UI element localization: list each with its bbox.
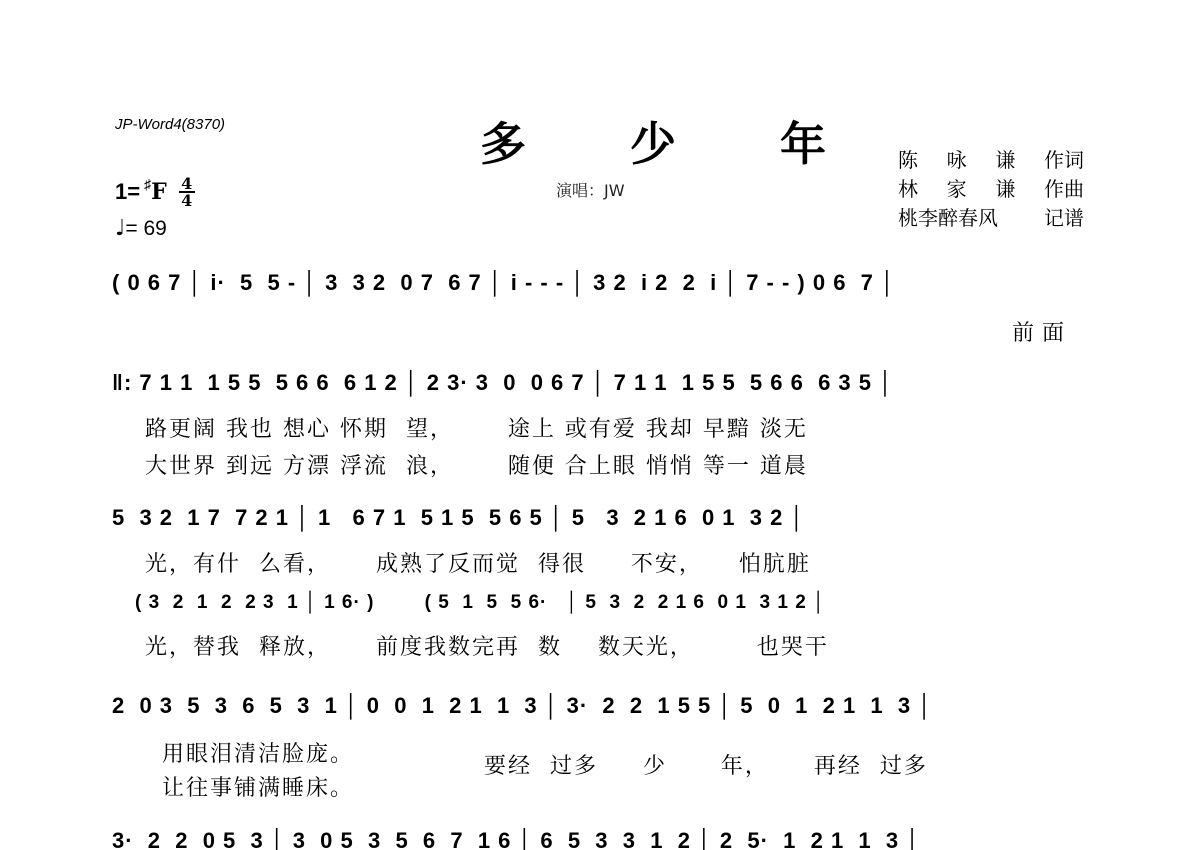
credit-role: 记谱 <box>1044 204 1084 233</box>
sharp-icon: ♯ <box>144 176 151 192</box>
credit-role: 作曲 <box>1044 175 1084 204</box>
tempo-marking: ♩= 69 <box>115 216 167 241</box>
lyrics-line-3: 光，有什 么看， 成熟了反而觉 得很 不安， 怕肮脏 <box>145 547 811 578</box>
key-signature: 1= ♯ F 4 4 <box>115 176 195 208</box>
quarter-note-icon: ♩ <box>115 216 125 241</box>
composer-credit: 林 家 谦 作曲 <box>898 175 1084 204</box>
lyrics-line-4: 光，替我 释放， 前度我数完再 数 数天光， 也哭干 <box>145 630 829 661</box>
time-bottom: 4 <box>181 193 192 208</box>
credits-block: 陈 咏 谦 作词 林 家 谦 作曲 桃李醉春风 记谱 <box>898 146 1084 233</box>
credit-char: 林 <box>898 175 918 204</box>
credit-char: 家 <box>947 175 967 204</box>
score-line-5: 2 0 3 5 3 6 5 3 1 │ 0 0 1 2 1 1 3 │ 3· 2… <box>112 693 933 719</box>
lyrics-line-2-verse-1: 路更阔 我也 想心 怀期 望， 途上 或有爱 我却 早黯 淡无 <box>145 412 808 443</box>
key-label: 1= <box>115 179 140 205</box>
score-line-6: 3· 2 2 0 5 3 │ 3 0 5 3 5 6 7 1 6 │ 6 5 3… <box>112 828 921 850</box>
transcriber-credit: 桃李醉春风 记谱 <box>898 204 1084 233</box>
singer-label: 演唱：JW <box>556 178 625 201</box>
software-watermark: JP-Word4(8370) <box>115 116 225 133</box>
key-note: F <box>151 179 167 205</box>
lyrics-line-5-verse-1: 用眼泪清洁脸庞。 <box>162 737 354 768</box>
lyricist-credit: 陈 咏 谦 作词 <box>898 146 1084 175</box>
time-signature: 4 4 <box>179 176 195 208</box>
song-title: 多 少 年 <box>480 108 870 174</box>
score-line-4: ( 3 2 1 2 2 3 1 │ 1 6· ) ( 5 1 5 5 6· │ … <box>135 592 826 614</box>
credit-char: 陈 <box>898 146 918 175</box>
credit-role: 作词 <box>1044 146 1084 175</box>
lyrics-line-5-chorus: 要经 过多 少 年， 再经 过多 <box>484 749 928 780</box>
time-top: 4 <box>181 176 192 191</box>
lyrics-line-5-verse-2: 让往事铺满睡床。 <box>162 771 354 802</box>
lyrics-line-2-verse-2: 大世界 到远 方漂 浮流 浪， 随便 合上眼 悄悄 等一 道晨 <box>145 449 808 480</box>
credit-name: 桃李醉春风 <box>898 204 998 233</box>
credit-char: 谦 <box>995 146 1015 175</box>
credit-char: 谦 <box>995 175 1015 204</box>
score-line-3: 5 3 2 1 7 7 2 1 │ 1 6 7 1 5 1 5 5 6 5 │ … <box>112 505 805 531</box>
lyrics-line-1: 前面 <box>1012 316 1072 347</box>
credit-char: 咏 <box>947 146 967 175</box>
tempo-value: = 69 <box>125 217 166 240</box>
score-line-2: ‖: 7 1 1 1 5 5 5 6 6 6 1 2 │ 2 3· 3 0 0 … <box>112 370 894 396</box>
score-line-1: ( 0 6 7 │ i· 5 5 - │ 3 3 2 0 7 6 7 │ i -… <box>112 270 896 296</box>
